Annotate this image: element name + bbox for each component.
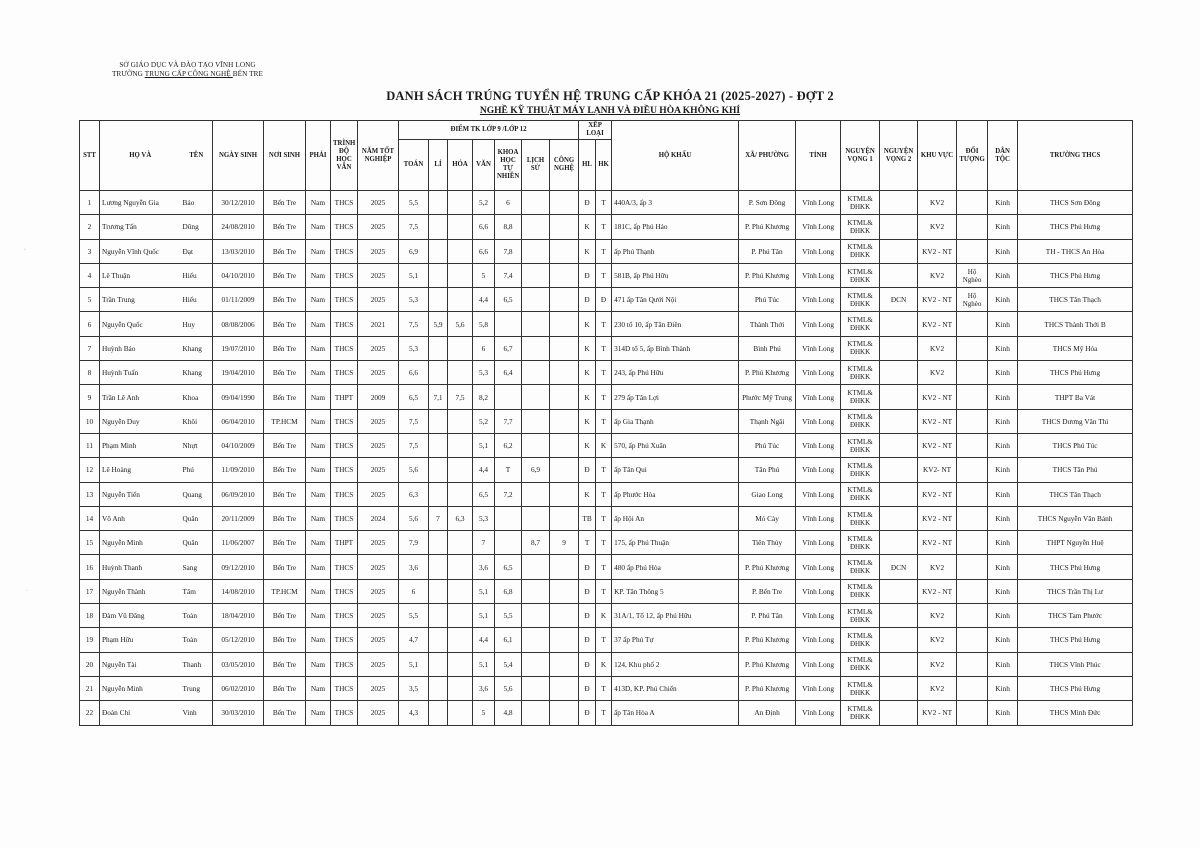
col-nam-tot-nghiep: NĂM TỐT NGHIỆP	[358, 121, 399, 191]
cell-toan: 7,5	[399, 433, 429, 457]
cell-noi: Bến Tre	[264, 361, 306, 385]
cell-hoa: 6,3	[448, 506, 473, 530]
table-row: 16Huỳnh ThanhSang09/12/2010Bến TreNamTHC…	[80, 555, 1133, 579]
cell-ls	[522, 628, 550, 652]
cell-td: THCS	[331, 336, 358, 360]
cell-nv1: KTML& ĐHKK	[841, 701, 880, 725]
cell-ten: Khôi	[181, 409, 213, 433]
cell-toan: 7,9	[399, 531, 429, 555]
cell-hl: Đ	[579, 604, 596, 628]
cell-kv: KV2	[918, 263, 957, 287]
cell-ls	[522, 409, 550, 433]
cell-hoa	[448, 215, 473, 239]
cell-ten: Toàn	[181, 604, 213, 628]
cell-tinh: Vĩnh Long	[796, 701, 841, 725]
cell-truong: THCS Mỹ Hóa	[1018, 336, 1133, 360]
cell-hoa: 5,6	[448, 312, 473, 336]
cell-dantoc: Kinh	[988, 239, 1018, 263]
cell-toan: 5,1	[399, 652, 429, 676]
table-row: 21Nguyễn MinhTrung06/02/2010Bến TreNamTH…	[80, 676, 1133, 700]
cell-hl: Đ	[579, 676, 596, 700]
cell-ten: Toàn	[181, 628, 213, 652]
document-subtitle: NGHỀ KỸ THUẬT MÁY LẠNH VÀ ĐIỀU HÒA KHÔNG…	[330, 106, 890, 116]
cell-tinh: Vĩnh Long	[796, 652, 841, 676]
cell-nam: 2021	[358, 312, 399, 336]
cell-khtn: 7,2	[495, 482, 522, 506]
table-row: 20Nguyễn TàiThanh03/05/2010Bến TreNamTHC…	[80, 652, 1133, 676]
cell-hk: Đ	[596, 288, 612, 312]
cell-ns: 03/05/2010	[213, 652, 264, 676]
cell-khtn	[495, 312, 522, 336]
cell-li	[429, 191, 448, 215]
cell-hk: T	[596, 531, 612, 555]
cell-khtn: T	[495, 458, 522, 482]
cell-van: 3,6	[473, 555, 495, 579]
cell-dt	[957, 701, 988, 725]
cell-nv2	[880, 336, 918, 360]
cell-dt	[957, 555, 988, 579]
cell-stt: 13	[80, 482, 100, 506]
col-li: LÍ	[429, 140, 448, 191]
cell-li: 7	[429, 506, 448, 530]
cell-toan: 5,6	[399, 458, 429, 482]
cell-hokhau: ấp Phước Hòa	[612, 482, 739, 506]
cell-dt	[957, 385, 988, 409]
cell-stt: 18	[80, 604, 100, 628]
cell-hokhau: 314D tổ 5, ấp Bình Thành	[612, 336, 739, 360]
cell-ho: Lê Thuận	[100, 263, 181, 287]
cell-hl: K	[579, 385, 596, 409]
cell-xa: P. Phú Khương	[739, 361, 796, 385]
cell-cn	[550, 263, 579, 287]
cell-nv2	[880, 652, 918, 676]
cell-phai: Nam	[306, 433, 331, 457]
cell-xa: P. Phú Khương	[739, 555, 796, 579]
cell-ls	[522, 555, 550, 579]
admission-table: STT HỌ VÀ TÊN NGÀY SINH NƠI SINH PHÁI TR…	[79, 120, 1133, 726]
cell-stt: 16	[80, 555, 100, 579]
cell-li	[429, 628, 448, 652]
cell-xa: Phước Mỹ Trung	[739, 385, 796, 409]
col-ten: TÊN	[181, 121, 213, 191]
cell-hokhau: 413D, KP. Phú Chiến	[612, 676, 739, 700]
cell-ten: Khoa	[181, 385, 213, 409]
cell-toan: 7,5	[399, 409, 429, 433]
cell-van: 5,1	[473, 433, 495, 457]
cell-nv1: KTML& ĐHKK	[841, 676, 880, 700]
cell-ten: Nhựt	[181, 433, 213, 457]
cell-van: 5,3	[473, 506, 495, 530]
cell-hoa	[448, 336, 473, 360]
cell-hk: T	[596, 191, 612, 215]
cell-hoa: 7,5	[448, 385, 473, 409]
table-row: 10Nguyễn DuyKhôi06/04/2010TP.HCMNamTHCS2…	[80, 409, 1133, 433]
department-name: SỞ GIÁO DỤC VÀ ĐÀO TẠO VĨNH LONG	[112, 61, 263, 70]
cell-ls	[522, 361, 550, 385]
cell-stt: 14	[80, 506, 100, 530]
col-ngay-sinh: NGÀY SINH	[213, 121, 264, 191]
cell-nv1: KTML& ĐHKK	[841, 628, 880, 652]
cell-phai: Nam	[306, 361, 331, 385]
cell-ns: 18/04/2010	[213, 604, 264, 628]
col-dan-toc: DÂN TỘC	[988, 121, 1018, 191]
cell-hl: K	[579, 215, 596, 239]
cell-hk: T	[596, 506, 612, 530]
cell-truong: THCS Tân Phú	[1018, 458, 1133, 482]
cell-cn	[550, 336, 579, 360]
cell-ls	[522, 433, 550, 457]
cell-phai: Nam	[306, 676, 331, 700]
cell-dt	[957, 628, 988, 652]
cell-td: THCS	[331, 409, 358, 433]
cell-xa: P. Sơn Đông	[739, 191, 796, 215]
cell-dantoc: Kinh	[988, 458, 1018, 482]
cell-hk: T	[596, 215, 612, 239]
cell-ls	[522, 604, 550, 628]
cell-phai: Nam	[306, 628, 331, 652]
cell-truong: THCS Tam Phước	[1018, 604, 1133, 628]
cell-khtn: 6,4	[495, 361, 522, 385]
cell-noi: Bến Tre	[264, 604, 306, 628]
cell-ho: Huỳnh Bảo	[100, 336, 181, 360]
cell-nam: 2025	[358, 409, 399, 433]
cell-nam: 2025	[358, 191, 399, 215]
cell-nam: 2025	[358, 628, 399, 652]
col-noi-sinh: NƠI SINH	[264, 121, 306, 191]
col-ho-khau: HỘ KHẨU	[612, 121, 739, 191]
cell-ns: 30/03/2010	[213, 701, 264, 725]
cell-hokhau: 31A/1, Tổ 12, ấp Phú Hữu	[612, 604, 739, 628]
cell-kv: KV2	[918, 604, 957, 628]
cell-cn	[550, 701, 579, 725]
cell-tinh: Vĩnh Long	[796, 215, 841, 239]
col-nguyen-vong-1: NGUYỆN VỌNG 1	[841, 121, 880, 191]
cell-hk: T	[596, 409, 612, 433]
col-ho-va: HỌ VÀ	[100, 121, 181, 191]
cell-ho: Phạm Hữu	[100, 628, 181, 652]
cell-ho: Trần Trung	[100, 288, 181, 312]
cell-van: 6,6	[473, 239, 495, 263]
cell-li	[429, 263, 448, 287]
cell-li	[429, 555, 448, 579]
cell-hoa	[448, 288, 473, 312]
cell-cn	[550, 312, 579, 336]
cell-khtn: 7,8	[495, 239, 522, 263]
cell-toan: 5,3	[399, 288, 429, 312]
table-row: 1Lương Nguyễn GiaBảo30/12/2010Bến TreNam…	[80, 191, 1133, 215]
cell-nv1: KTML& ĐHKK	[841, 239, 880, 263]
cell-kv: KV2 - NT	[918, 312, 957, 336]
cell-nam: 2025	[358, 676, 399, 700]
cell-hoa	[448, 409, 473, 433]
cell-nv1: KTML& ĐHKK	[841, 191, 880, 215]
cell-hoa	[448, 555, 473, 579]
cell-cn	[550, 555, 579, 579]
cell-toan: 5,5	[399, 191, 429, 215]
cell-ns: 19/04/2010	[213, 361, 264, 385]
col-nguyen-vong-2: NGUYỆN VỌNG 2	[880, 121, 918, 191]
cell-ten: Sang	[181, 555, 213, 579]
cell-phai: Nam	[306, 579, 331, 603]
cell-khtn: 5,5	[495, 604, 522, 628]
cell-hl: Đ	[579, 288, 596, 312]
cell-van: 5	[473, 701, 495, 725]
cell-li	[429, 579, 448, 603]
cell-khtn: 6,5	[495, 555, 522, 579]
cell-td: THCS	[331, 433, 358, 457]
cell-td: THCS	[331, 628, 358, 652]
cell-ns: 11/09/2010	[213, 458, 264, 482]
cell-truong: THCS Phú Hưng	[1018, 555, 1133, 579]
cell-nv2	[880, 263, 918, 287]
cell-khtn: 6,8	[495, 579, 522, 603]
cell-ns: 14/08/2010	[213, 579, 264, 603]
cell-td: THCS	[331, 361, 358, 385]
cell-hl: Đ	[579, 628, 596, 652]
cell-hk: T	[596, 263, 612, 287]
cell-van: 4,4	[473, 458, 495, 482]
cell-van: 6,6	[473, 215, 495, 239]
cell-ls	[522, 701, 550, 725]
cell-dantoc: Kinh	[988, 361, 1018, 385]
cell-ls	[522, 385, 550, 409]
cell-phai: Nam	[306, 288, 331, 312]
cell-phai: Nam	[306, 191, 331, 215]
table-row: 8Huỳnh TuấnKhang19/04/2010Bến TreNamTHCS…	[80, 361, 1133, 385]
cell-nv1: KTML& ĐHKK	[841, 652, 880, 676]
cell-phai: Nam	[306, 482, 331, 506]
cell-hokhau: 175, ấp Phú Thuận	[612, 531, 739, 555]
cell-tinh: Vĩnh Long	[796, 288, 841, 312]
table-row: 11Phạm MinhNhựt04/10/2009Bến TreNamTHCS2…	[80, 433, 1133, 457]
cell-hk: K	[596, 433, 612, 457]
cell-li	[429, 215, 448, 239]
cell-dt	[957, 312, 988, 336]
cell-xa: Mỏ Cày	[739, 506, 796, 530]
cell-hokhau: 230 tổ 10, ấp Tân Điền	[612, 312, 739, 336]
cell-hl: Đ	[579, 555, 596, 579]
cell-nv2	[880, 482, 918, 506]
cell-stt: 5	[80, 288, 100, 312]
cell-dantoc: Kinh	[988, 628, 1018, 652]
cell-xa: Thạnh Ngãi	[739, 409, 796, 433]
cell-ho: Huỳnh Tuấn	[100, 361, 181, 385]
cell-truong: THCS Minh Đức	[1018, 701, 1133, 725]
cell-cn	[550, 506, 579, 530]
table-row: 14Võ AnhQuân20/11/2009Bến TreNamTHCS2024…	[80, 506, 1133, 530]
cell-xa: Bình Phú	[739, 336, 796, 360]
cell-nv1: KTML& ĐHKK	[841, 409, 880, 433]
cell-kv: KV2 - NT	[918, 579, 957, 603]
cell-ho: Nguyễn Tài	[100, 652, 181, 676]
table-row: 15Nguyễn MinhQuân11/06/2007Bến TreNamTHP…	[80, 531, 1133, 555]
cell-nv2: ĐCN	[880, 288, 918, 312]
cell-van: 5,2	[473, 191, 495, 215]
table-row: 13Nguyễn TiếnQuang06/09/2010Bến TreNamTH…	[80, 482, 1133, 506]
cell-dt	[957, 652, 988, 676]
cell-xa: P. Phú Khương	[739, 263, 796, 287]
cell-hokhau: ấp Phú Thạnh	[612, 239, 739, 263]
cell-kv: KV2 - NT	[918, 433, 957, 457]
cell-noi: Bến Tre	[264, 531, 306, 555]
cell-truong: TH - THCS An Hòa	[1018, 239, 1133, 263]
cell-khtn: 7,4	[495, 263, 522, 287]
cell-stt: 3	[80, 239, 100, 263]
cell-td: THCS	[331, 263, 358, 287]
cell-hoa	[448, 239, 473, 263]
cell-van: 6	[473, 336, 495, 360]
cell-cn	[550, 604, 579, 628]
cell-van: 5,8	[473, 312, 495, 336]
cell-ns: 06/09/2010	[213, 482, 264, 506]
table-row: 9Trần Lê AnhKhoa09/04/1990Bến TreNamTHPT…	[80, 385, 1133, 409]
table-row: 4Lê ThuậnHiếu04/10/2010Bến TreNamTHCS202…	[80, 263, 1133, 287]
cell-nv1: KTML& ĐHKK	[841, 506, 880, 530]
cell-td: THPT	[331, 385, 358, 409]
cell-td: THCS	[331, 579, 358, 603]
cell-phai: Nam	[306, 385, 331, 409]
col-hl: HL	[579, 140, 596, 191]
cell-hokhau: 581B, ấp Phú Hữu	[612, 263, 739, 287]
cell-stt: 4	[80, 263, 100, 287]
cell-kv: KV2	[918, 628, 957, 652]
cell-hk: T	[596, 555, 612, 579]
cell-kv: KV2	[918, 215, 957, 239]
cell-noi: Bến Tre	[264, 433, 306, 457]
col-toan: TOÁN	[399, 140, 429, 191]
cell-dt	[957, 361, 988, 385]
cell-ten: Bảo	[181, 191, 213, 215]
cell-toan: 7,5	[399, 312, 429, 336]
cell-noi: Bến Tre	[264, 288, 306, 312]
cell-xa: P. Bến Tre	[739, 579, 796, 603]
cell-khtn: 6,5	[495, 288, 522, 312]
cell-van: 5,3	[473, 361, 495, 385]
cell-stt: 10	[80, 409, 100, 433]
cell-truong: THCS Dương Văn Thì	[1018, 409, 1133, 433]
cell-ns: 05/12/2010	[213, 628, 264, 652]
cell-hoa	[448, 579, 473, 603]
cell-hoa	[448, 458, 473, 482]
cell-ho: Nguyễn Minh	[100, 531, 181, 555]
cell-dantoc: Kinh	[988, 701, 1018, 725]
cell-noi: Bến Tre	[264, 312, 306, 336]
cell-hl: K	[579, 336, 596, 360]
cell-ten: Đạt	[181, 239, 213, 263]
cell-hoa	[448, 482, 473, 506]
cell-hl: Đ	[579, 652, 596, 676]
cell-td: THCS	[331, 652, 358, 676]
cell-van: 6,5	[473, 482, 495, 506]
cell-kv: KV2	[918, 361, 957, 385]
cell-dt	[957, 239, 988, 263]
cell-ns: 13/03/2010	[213, 239, 264, 263]
table-row: 7Huỳnh BảoKhang19/07/2010Bến TreNamTHCS2…	[80, 336, 1133, 360]
cell-td: THCS	[331, 482, 358, 506]
cell-nam: 2025	[358, 531, 399, 555]
cell-noi: Bến Tre	[264, 336, 306, 360]
cell-ho: Đoàn Chí	[100, 701, 181, 725]
cell-noi: Bến Tre	[264, 555, 306, 579]
cell-ten: Dũng	[181, 215, 213, 239]
cell-toan: 6,9	[399, 239, 429, 263]
cell-dantoc: Kinh	[988, 676, 1018, 700]
cell-tinh: Vĩnh Long	[796, 312, 841, 336]
cell-hoa	[448, 191, 473, 215]
cell-khtn: 6,1	[495, 628, 522, 652]
cell-noi: Bến Tre	[264, 385, 306, 409]
cell-ten: Thanh	[181, 652, 213, 676]
cell-khtn: 8,8	[495, 215, 522, 239]
cell-ns: 30/12/2010	[213, 191, 264, 215]
cell-toan: 6,5	[399, 385, 429, 409]
col-group-diem: ĐIỂM TK LỚP 9 /LỚP 12	[399, 121, 579, 140]
cell-ten: Quân	[181, 531, 213, 555]
cell-truong: THPT Ba Vát	[1018, 385, 1133, 409]
cell-truong: THCS Nguyễn Văn Bánh	[1018, 506, 1133, 530]
cell-khtn: 5,4	[495, 652, 522, 676]
cell-ns: 09/12/2010	[213, 555, 264, 579]
cell-ls	[522, 263, 550, 287]
cell-van: 5	[473, 263, 495, 287]
cell-ten: Hiếu	[181, 288, 213, 312]
cell-khtn	[495, 506, 522, 530]
cell-tinh: Vĩnh Long	[796, 336, 841, 360]
cell-stt: 20	[80, 652, 100, 676]
cell-hokhau: 37 ấp Phú Tự	[612, 628, 739, 652]
cell-li: 5,9	[429, 312, 448, 336]
cell-dantoc: Kinh	[988, 288, 1018, 312]
cell-nv2	[880, 312, 918, 336]
cell-stt: 9	[80, 385, 100, 409]
cell-hl: K	[579, 409, 596, 433]
cell-dantoc: Kinh	[988, 531, 1018, 555]
cell-ls	[522, 579, 550, 603]
cell-stt: 6	[80, 312, 100, 336]
cell-hoa	[448, 628, 473, 652]
cell-stt: 17	[80, 579, 100, 603]
cell-ten: Phú	[181, 458, 213, 482]
cell-hk: T	[596, 458, 612, 482]
cell-xa: P. Phú Tân	[739, 239, 796, 263]
cell-toan: 5,1	[399, 263, 429, 287]
cell-phai: Nam	[306, 215, 331, 239]
cell-nv1: KTML& ĐHKK	[841, 579, 880, 603]
cell-cn	[550, 288, 579, 312]
col-van: VĂN	[473, 140, 495, 191]
cell-nam: 2025	[358, 239, 399, 263]
cell-cn	[550, 628, 579, 652]
cell-khtn: 7,7	[495, 409, 522, 433]
cell-ls: 8,7	[522, 531, 550, 555]
cell-stt: 15	[80, 531, 100, 555]
cell-cn	[550, 191, 579, 215]
document-title: DANH SÁCH TRÚNG TUYỂN HỆ TRUNG CẤP KHÓA …	[330, 89, 890, 104]
cell-xa: Phú Túc	[739, 288, 796, 312]
cell-hokhau: 480 ấp Phú Hòa	[612, 555, 739, 579]
cell-ho: Huỳnh Thanh	[100, 555, 181, 579]
cell-truong: THCS Tân Thạch	[1018, 288, 1133, 312]
cell-hoa	[448, 263, 473, 287]
cell-tinh: Vĩnh Long	[796, 409, 841, 433]
cell-hk: T	[596, 579, 612, 603]
cell-noi: Bến Tre	[264, 458, 306, 482]
cell-noi: TP.HCM	[264, 579, 306, 603]
cell-nam: 2025	[358, 288, 399, 312]
cell-td: THCS	[331, 312, 358, 336]
cell-xa: P. Phú Tân	[739, 604, 796, 628]
cell-ns: 19/07/2010	[213, 336, 264, 360]
